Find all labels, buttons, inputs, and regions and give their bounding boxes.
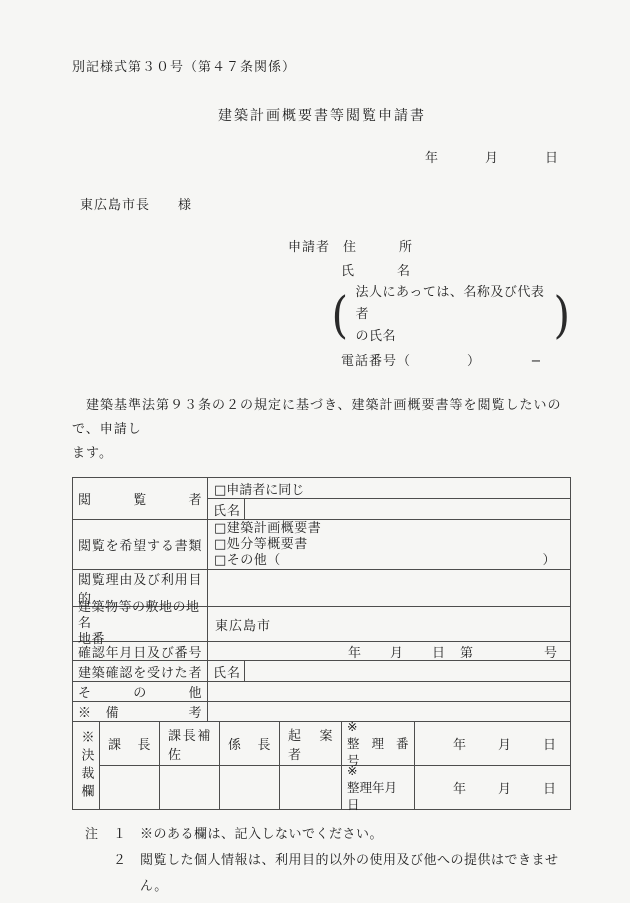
viewer-same-checkbox: □申請者に同じ (208, 478, 570, 499)
ref-date-label: 整理年月日 (347, 779, 409, 813)
viewer-name-row: 氏名 (208, 499, 570, 519)
reason-field (208, 570, 570, 606)
approval-body: 課 長 課長補佐 係 長 起 案 者 ※ 整 理 番 (100, 722, 570, 809)
footnote-1: 注 １ ※のある欄は、記入しないでください。 (72, 822, 572, 848)
viewer-label-cell: 閲 覧 者 (73, 478, 208, 519)
approval-vertical-label: ※決裁欄 (77, 730, 96, 802)
approval-stamp-row: ※ 整理年月日 年 月 日 (100, 766, 570, 809)
remarks-label: ※備 考 (78, 702, 202, 721)
name-label: 氏 名 (341, 265, 572, 278)
footnote-2: ２ 閲覧した個人情報は、利用目的以外の使用及び他への提供はできません。 (72, 848, 572, 900)
documents-option-2: □処分等概要書 (208, 537, 570, 553)
footnotes: 注 １ ※のある欄は、記入しないでください。 ２ 閲覧した個人情報は、利用目的以… (72, 822, 572, 900)
row-confirmation-date: 確認年月日及び番号 年 月 日 第 号 (73, 642, 570, 661)
confirmed-person-name-row: 氏名 (208, 661, 570, 681)
footnote-2-number: ２ (113, 848, 126, 900)
approval-header-row: 課 長 課長補佐 係 長 起 案 者 ※ 整 理 番 (100, 722, 570, 766)
row-other: そ の 他 (73, 682, 570, 702)
row-documents: 閲覧を希望する書類 □建築計画概要書 □処分等概要書 □その他（ ） (73, 520, 570, 570)
confirmation-label: 確認年月日及び番号 (78, 642, 202, 661)
documents-option-3: □その他（ ） (208, 553, 570, 569)
approval-col-kiansha: 起 案 者 (280, 722, 342, 765)
viewer-name-field (245, 499, 570, 519)
remarks-label-cell: ※備 考 (73, 702, 208, 721)
documents-options-cell: □建築計画概要書 □処分等概要書 □その他（ ） (208, 520, 570, 569)
site-label-line1: 建築物等の敷地の地名 (78, 600, 202, 632)
viewer-label: 閲 覧 者 (78, 489, 202, 508)
address-label: 住 所 (343, 241, 413, 254)
stamp-cell-kakaricho (220, 766, 280, 809)
confirmed-person-label: 建築確認を受けた者 (78, 662, 202, 681)
row-remarks: ※備 考 (73, 702, 570, 722)
other-field (208, 682, 570, 701)
confirmed-person-label-cell: 建築確認を受けた者 (73, 661, 208, 681)
documents-option-3-close-paren: ） (542, 553, 556, 569)
statement-line2: ます。 (72, 442, 572, 466)
footnote-1-number: １ (113, 822, 126, 848)
ref-date-value-cell: 年 月 日 (415, 766, 570, 809)
application-table: 閲 覧 者 □申請者に同じ 氏名 閲覧を希望する書類 □建築計画概要書 □ (72, 477, 571, 810)
approval-col-kakaricho: 係 長 (220, 722, 280, 765)
stamp-cell-kiansha (280, 766, 342, 809)
footnote-1-text: ※のある欄は、記入しないでください。 (140, 822, 383, 848)
statement-line1: 建築基準法第９３条の２の規定に基づき、建築計画概要書等を閲覧したいので、申請し (72, 394, 572, 442)
ref-number-date-cell: 年 月 日 (415, 722, 570, 765)
confirmed-person-value-cell: 氏名 (208, 661, 570, 681)
phone-line: 電話番号（ ） − (341, 355, 572, 368)
ref-date-cell: ※ 整理年月日 (342, 766, 415, 809)
corporate-note: ( 法人にあっては、名称及び代表者 の氏名 ) (330, 282, 572, 348)
documents-label-cell: 閲覧を希望する書類 (73, 520, 208, 569)
site-label-cell: 建築物等の敷地の地名 地番 (73, 607, 208, 641)
documents-label: 閲覧を希望する書類 (78, 535, 202, 554)
approval-col-kakaricho-label: 係 長 (228, 734, 271, 753)
form-number: 別記様式第３０号（第４７条関係） (72, 56, 572, 75)
date-line: 年 月 日 (72, 147, 572, 166)
row-viewer: 閲 覧 者 □申請者に同じ 氏名 (73, 478, 570, 520)
ref-date-mark: ※ (347, 762, 409, 779)
confirmation-value: 年 月 日 第 号 (208, 642, 570, 660)
application-statement: 建築基準法第９３条の２の規定に基づき、建築計画概要書等を閲覧したいので、申請し … (72, 394, 572, 466)
viewer-value-cell: □申請者に同じ 氏名 (208, 478, 570, 519)
open-paren: ( (331, 293, 348, 338)
documents-option-3-label: □その他（ (214, 553, 281, 569)
approval-col-kacho-label: 課 長 (108, 734, 151, 753)
approval-col-kiansha-label: 起 案 者 (288, 725, 333, 763)
applicant-address-line: 申請者 住 所 (288, 241, 572, 254)
approval-col-kachohosa-label: 課長補佐 (168, 725, 211, 763)
approval-col-kachohosa: 課長補佐 (160, 722, 220, 765)
confirmation-label-cell: 確認年月日及び番号 (73, 642, 208, 660)
document-page: 別記様式第３０号（第４７条関係） 建築計画概要書等閲覧申請書 年 月 日 東広島… (0, 0, 630, 903)
other-label: そ の 他 (78, 682, 202, 701)
addressee: 東広島市長 様 (80, 194, 572, 213)
approval-col-kacho: 課 長 (100, 722, 160, 765)
close-paren: ) (554, 293, 571, 338)
row-confirmed-person: 建築確認を受けた者 氏名 (73, 661, 570, 682)
footnote-prefix: 注 (85, 822, 98, 848)
page-title: 建築計画概要書等閲覧申請書 (72, 105, 572, 125)
applicant-label: 申請者 (288, 241, 330, 254)
ref-number-cell: ※ 整 理 番 号 (342, 722, 415, 765)
ref-number-mark: ※ (347, 718, 409, 735)
row-approval: ※決裁欄 課 長 課長補佐 係 長 起 案 者 (73, 722, 570, 809)
stamp-cell-kachohosa (160, 766, 220, 809)
row-site: 建築物等の敷地の地名 地番 東広島市 (73, 607, 570, 642)
corporate-note-line2: の氏名 (356, 329, 397, 344)
approval-vertical-label-cell: ※決裁欄 (73, 722, 100, 809)
documents-option-1: □建築計画概要書 (208, 521, 570, 537)
other-label-cell: そ の 他 (73, 682, 208, 701)
applicant-block: 申請者 住 所 氏 名 ( 法人にあっては、名称及び代表者 の氏名 ) 電話番号… (288, 241, 572, 368)
viewer-name-label: 氏名 (208, 499, 245, 519)
stamp-cell-kacho (100, 766, 160, 809)
confirmed-person-name-label: 氏名 (208, 661, 245, 681)
corporate-note-line1: 法人にあっては、名称及び代表者 (356, 285, 545, 322)
corporate-note-text: 法人にあっては、名称及び代表者 の氏名 (356, 282, 547, 348)
footnote-2-text: 閲覧した個人情報は、利用目的以外の使用及び他への提供はできません。 (140, 848, 572, 900)
site-value: 東広島市 (208, 607, 570, 641)
page-content: 別記様式第３０号（第４７条関係） 建築計画概要書等閲覧申請書 年 月 日 東広島… (0, 0, 630, 900)
